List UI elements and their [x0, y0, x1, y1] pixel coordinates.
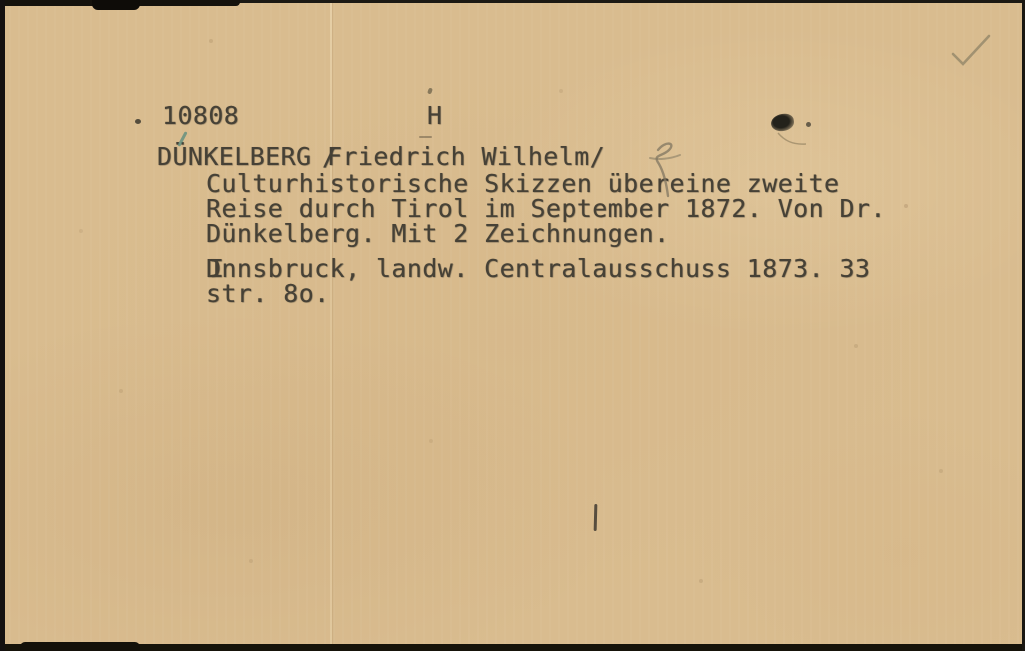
catalog-number: 10808 [162, 103, 239, 128]
ink-blot-scratch [776, 130, 810, 148]
imprint-line-2: str. 8o. [206, 281, 330, 306]
ink-blot [770, 112, 795, 132]
title-line-1: Culturhistorische Skizzen übereine zweit… [206, 171, 840, 196]
paper-texture [0, 0, 1025, 651]
title-line-3: Dünkelberg. Mit 2 Zeichnungen. [206, 221, 670, 246]
scan-edge-bottom-left [20, 642, 140, 651]
scan-edge-bottom [0, 644, 1025, 651]
ink-blot-dot [806, 122, 811, 127]
pencil-check-mark [943, 30, 997, 72]
title-line-2: Reise durch Tirol im September 1872. Von… [206, 196, 886, 221]
ink-dot-left-of-number [135, 119, 141, 124]
card-crease-line [330, 3, 332, 648]
heading-line: DÜNKELBERG F/riedrich Wilhelm/ [157, 144, 605, 169]
overstrike-slash-f: F/ [327, 144, 342, 169]
classification-letter: H [427, 103, 442, 128]
ink-speck [427, 87, 433, 94]
imprint-line-1: DInnsbruck, landw. Centralausschuss 1873… [206, 256, 870, 281]
heading-rest: riedrich Wilhelm/ [342, 142, 605, 171]
overstrike-over: I [209, 256, 224, 281]
vertical-ink-mark [594, 504, 598, 531]
catalog-card-scan: { "card": { "catalog_number": "10808", "… [0, 0, 1025, 651]
overstrike-d-i: DI [206, 256, 221, 281]
heading-name: DÜNKELBERG [157, 142, 327, 171]
overstrike-over: / [322, 144, 337, 169]
scan-edge-left [0, 0, 5, 651]
scan-edge-top-blob [92, 0, 140, 10]
pencil-dash-under-h [419, 136, 432, 138]
